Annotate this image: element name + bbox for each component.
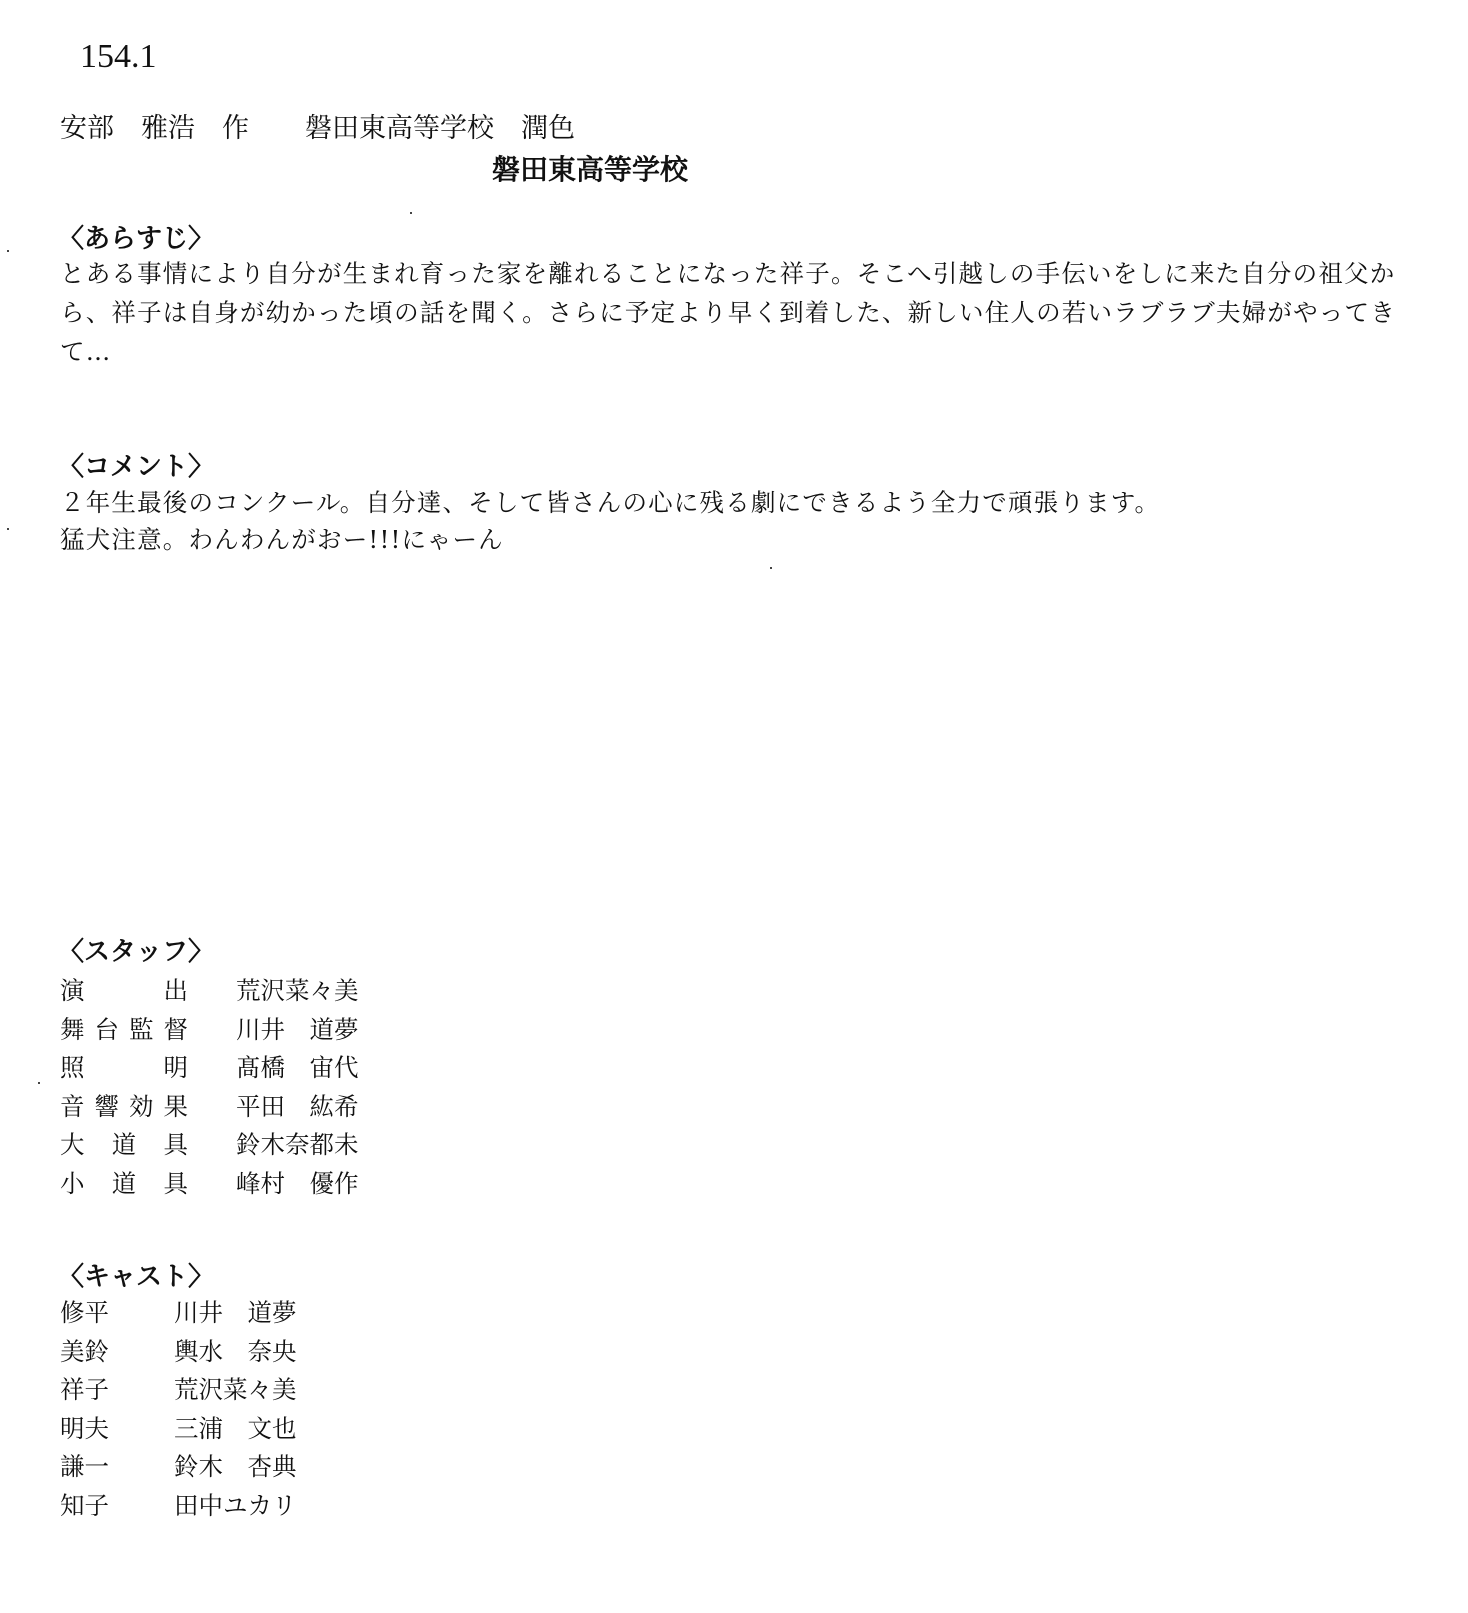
cast-role: 謙一 bbox=[60, 1448, 120, 1487]
cast-role: 知子 bbox=[60, 1487, 120, 1526]
staff-role: 照明 bbox=[60, 1049, 188, 1088]
scan-speck bbox=[410, 212, 412, 214]
staff-row: 音響効果平田 紘希 bbox=[60, 1088, 359, 1127]
staff-role: 演出 bbox=[60, 972, 188, 1011]
staff-role: 小道具 bbox=[60, 1165, 188, 1204]
staff-name: 荒沢菜々美 bbox=[236, 972, 359, 1011]
cast-row: 明夫三浦 文也 bbox=[60, 1410, 297, 1449]
cast-row: 修平川井 道夢 bbox=[60, 1294, 297, 1333]
document-number: 154.1 bbox=[80, 38, 157, 76]
staff-list: 演出荒沢菜々美 舞台監督川井 道夢 照明髙橋 宙代 音響効果平田 紘希 大道具鈴… bbox=[60, 972, 359, 1203]
cast-name: 輿水 奈央 bbox=[174, 1333, 297, 1372]
comment-line-2: 猛犬注意。わんわんがおー!!!にゃーん bbox=[60, 520, 1420, 559]
cast-row: 祥子荒沢菜々美 bbox=[60, 1371, 297, 1410]
cast-role: 美鈴 bbox=[60, 1333, 120, 1372]
author-credit: 安部 雅浩 作 bbox=[60, 106, 249, 145]
cast-role: 祥子 bbox=[60, 1371, 120, 1410]
school-name: 磐田東高等学校 bbox=[492, 148, 688, 188]
cast-name: 鈴木 杏典 bbox=[174, 1448, 297, 1487]
staff-row: 大道具鈴木奈都未 bbox=[60, 1126, 359, 1165]
staff-role: 音響効果 bbox=[60, 1088, 188, 1127]
cast-row: 美鈴輿水 奈央 bbox=[60, 1333, 297, 1372]
scan-speck bbox=[7, 528, 9, 530]
staff-row: 小道具峰村 優作 bbox=[60, 1165, 359, 1204]
cast-name: 川井 道夢 bbox=[174, 1294, 297, 1333]
staff-name: 髙橋 宙代 bbox=[236, 1049, 359, 1088]
cast-role: 明夫 bbox=[60, 1410, 120, 1449]
staff-role: 舞台監督 bbox=[60, 1011, 188, 1050]
adapter-credit: 磐田東高等学校 潤色 bbox=[305, 106, 575, 145]
staff-name: 川井 道夢 bbox=[236, 1011, 359, 1050]
cast-name: 荒沢菜々美 bbox=[174, 1371, 297, 1410]
scan-speck bbox=[770, 567, 772, 569]
scan-speck bbox=[7, 250, 9, 252]
credits-line: 安部 雅浩 作磐田東高等学校 潤色 bbox=[60, 106, 575, 145]
cast-heading: 〈キャスト〉 bbox=[58, 1256, 214, 1293]
staff-heading: 〈スタッフ〉 bbox=[58, 931, 214, 968]
staff-name: 平田 紘希 bbox=[236, 1088, 359, 1127]
cast-row: 謙一鈴木 杏典 bbox=[60, 1448, 297, 1487]
cast-row: 知子田中ユカリ bbox=[60, 1487, 297, 1526]
staff-row: 演出荒沢菜々美 bbox=[60, 972, 359, 1011]
cast-list: 修平川井 道夢 美鈴輿水 奈央 祥子荒沢菜々美 明夫三浦 文也 謙一鈴木 杏典 … bbox=[60, 1294, 297, 1525]
cast-name: 田中ユカリ bbox=[174, 1487, 297, 1526]
comment-heading: 〈コメント〉 bbox=[58, 446, 214, 483]
staff-name: 鈴木奈都未 bbox=[236, 1126, 359, 1165]
synopsis-heading: 〈あらすじ〉 bbox=[58, 218, 214, 255]
staff-row: 舞台監督川井 道夢 bbox=[60, 1011, 359, 1050]
cast-name: 三浦 文也 bbox=[174, 1410, 297, 1449]
staff-row: 照明髙橋 宙代 bbox=[60, 1049, 359, 1088]
synopsis-text: とある事情により自分が生まれ育った家を離れることになった祥子。そこへ引越しの手伝… bbox=[60, 254, 1420, 371]
staff-role: 大道具 bbox=[60, 1126, 188, 1165]
staff-name: 峰村 優作 bbox=[236, 1165, 359, 1204]
comment-line-1: ２年生最後のコンクール。自分達、そして皆さんの心に残る劇にできるよう全力で頑張り… bbox=[60, 483, 1420, 522]
scan-speck bbox=[38, 1082, 40, 1084]
cast-role: 修平 bbox=[60, 1294, 120, 1333]
